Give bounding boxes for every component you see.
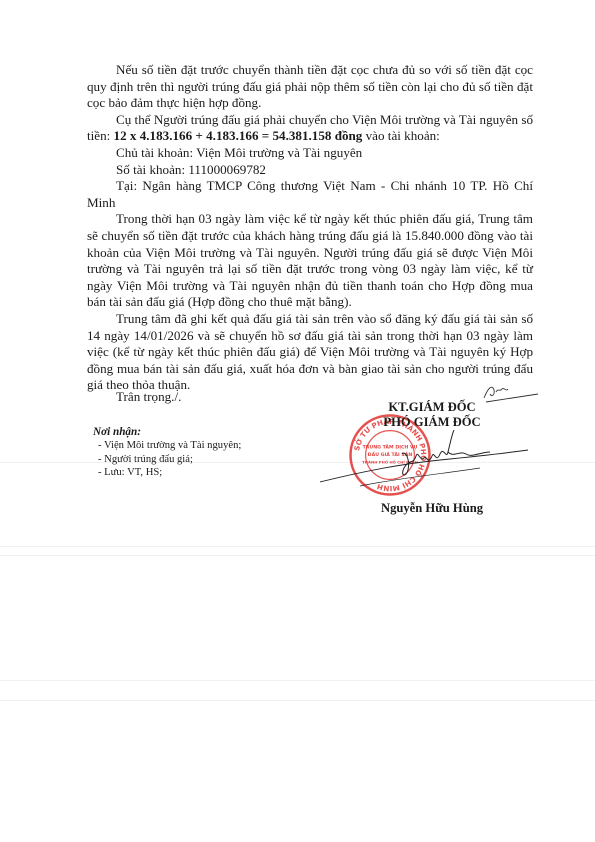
recipients-block: Nơi nhận: - Viện Môi trường và Tài nguyê…	[93, 426, 241, 480]
paragraph-transfer-timeline: Trong thời hạn 03 ngày làm việc kể từ ng…	[87, 211, 533, 311]
closing-salutation: Trân trọng./.	[116, 389, 181, 405]
initials-mark-icon	[480, 380, 540, 404]
bank-name: Tại: Ngân hàng TMCP Công thương Việt Nam…	[87, 178, 533, 211]
recipient-item: - Người trúng đấu giá;	[93, 453, 241, 466]
signature-title-block: KT.GIÁM ĐỐC PHÓ GIÁM ĐỐC	[372, 400, 492, 430]
signer-name: Nguyễn Hữu Hùng	[372, 501, 492, 516]
recipient-item: - Viện Môi trường và Tài nguyên;	[93, 439, 241, 452]
recipient-item: - Lưu: VT, HS;	[93, 466, 241, 479]
account-number: Số tài khoản: 111000069782	[87, 162, 533, 179]
scan-artifact-line	[0, 546, 595, 547]
signature-title-line1: KT.GIÁM ĐỐC	[372, 400, 492, 415]
scan-artifact-line	[0, 680, 595, 681]
payment-amount: 12 x 4.183.166 + 4.183.166 = 54.381.158 …	[114, 128, 363, 143]
paragraph-payment-amount: Cụ thể Người trúng đấu giá phải chuyển c…	[87, 112, 533, 145]
scan-artifact-line	[0, 700, 595, 701]
document-body: Nếu số tiền đặt trước chuyển thành tiền …	[87, 62, 533, 394]
signature-title-line2: PHÓ GIÁM ĐỐC	[372, 415, 492, 430]
recipients-heading: Nơi nhận:	[93, 426, 241, 439]
handwritten-signature-icon	[320, 430, 530, 490]
payment-tail-text: vào tài khoản:	[362, 128, 439, 143]
scan-artifact-line	[0, 555, 595, 556]
document-page: Nếu số tiền đặt trước chuyển thành tiền …	[0, 0, 595, 842]
account-holder: Chủ tài khoản: Viện Môi trường và Tài ng…	[87, 145, 533, 162]
paragraph-registration: Trung tâm đã ghi kết quả đấu giá tài sản…	[87, 311, 533, 394]
paragraph-deposit-shortfall: Nếu số tiền đặt trước chuyển thành tiền …	[87, 62, 533, 112]
